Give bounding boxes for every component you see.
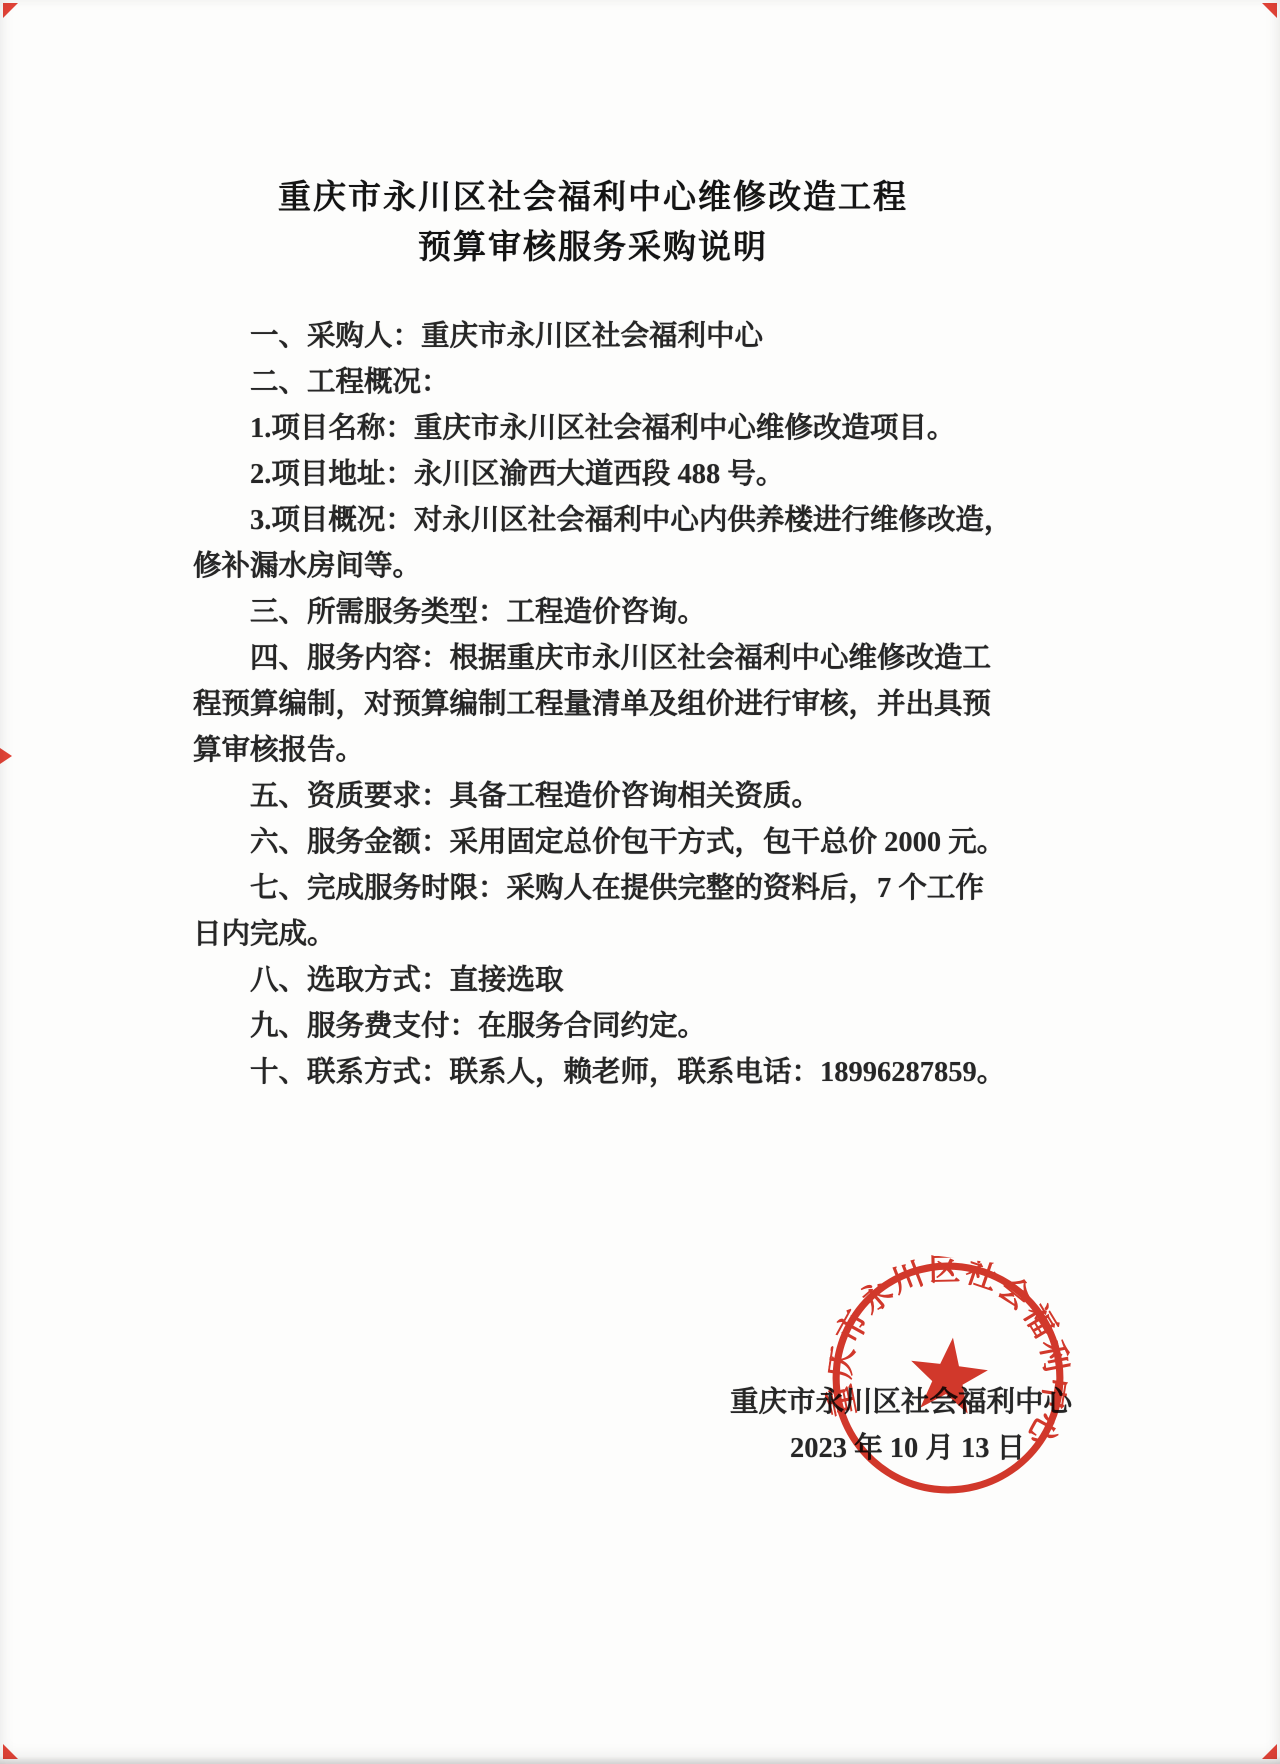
title-line-1: 重庆市永川区社会福利中心维修改造工程	[193, 172, 993, 222]
doc-line: 日内完成。	[193, 912, 993, 958]
doc-line: 九、服务费支付：在服务合同约定。	[193, 1004, 993, 1050]
title-line-2: 预算审核服务采购说明	[193, 222, 993, 272]
doc-line: 二、工程概况：	[193, 360, 993, 406]
doc-line: 六、服务金额：采用固定总价包干方式，包干总价 2000 元。	[193, 820, 993, 866]
doc-line: 五、资质要求：具备工程造价咨询相关资质。	[193, 774, 993, 820]
doc-line: 十、联系方式：联系人，赖老师，联系电话：18996287859。	[193, 1050, 993, 1096]
corner-mark-bottom-left	[3, 1744, 18, 1759]
doc-line: 四、服务内容：根据重庆市永川区社会福利中心维修改造工	[193, 636, 993, 682]
corner-mark-bottom-right	[1262, 1744, 1277, 1759]
doc-line: 3.项目概况：对永川区社会福利中心内供养楼进行维修改造，	[193, 498, 993, 544]
doc-line: 三、所需服务类型：工程造价咨询。	[193, 590, 993, 636]
scanned-document-page: 重庆市永川区社会福利中心维修改造工程 预算审核服务采购说明 一、采购人：重庆市永…	[0, 0, 1280, 1764]
document-body: 一、采购人：重庆市永川区社会福利中心 二、工程概况： 1.项目名称：重庆市永川区…	[193, 314, 993, 1096]
doc-line: 程预算编制，对预算编制工程量清单及组价进行审核，并出具预	[193, 682, 993, 728]
scan-edge-shadow	[0, 1756, 1280, 1764]
doc-line: 2.项目地址：永川区渝西大道西段 488 号。	[193, 452, 993, 498]
official-seal: 重庆市永川区社会福利中心	[814, 1244, 1081, 1511]
doc-line: 一、采购人：重庆市永川区社会福利中心	[193, 314, 993, 360]
corner-mark-top-left	[3, 3, 18, 18]
corner-mark-top-right	[1262, 3, 1277, 18]
doc-line: 修补漏水房间等。	[193, 544, 993, 590]
document-content: 重庆市永川区社会福利中心维修改造工程 预算审核服务采购说明 一、采购人：重庆市永…	[193, 172, 993, 1096]
edge-mark-left-middle	[0, 748, 12, 764]
doc-line: 七、完成服务时限：采购人在提供完整的资料后，7 个工作	[193, 866, 993, 912]
document-title: 重庆市永川区社会福利中心维修改造工程 预算审核服务采购说明	[193, 172, 993, 272]
star-icon	[906, 1333, 992, 1415]
doc-line: 1.项目名称：重庆市永川区社会福利中心维修改造项目。	[193, 406, 993, 452]
doc-line: 算审核报告。	[193, 728, 993, 774]
doc-line: 八、选取方式：直接选取	[193, 958, 993, 1004]
